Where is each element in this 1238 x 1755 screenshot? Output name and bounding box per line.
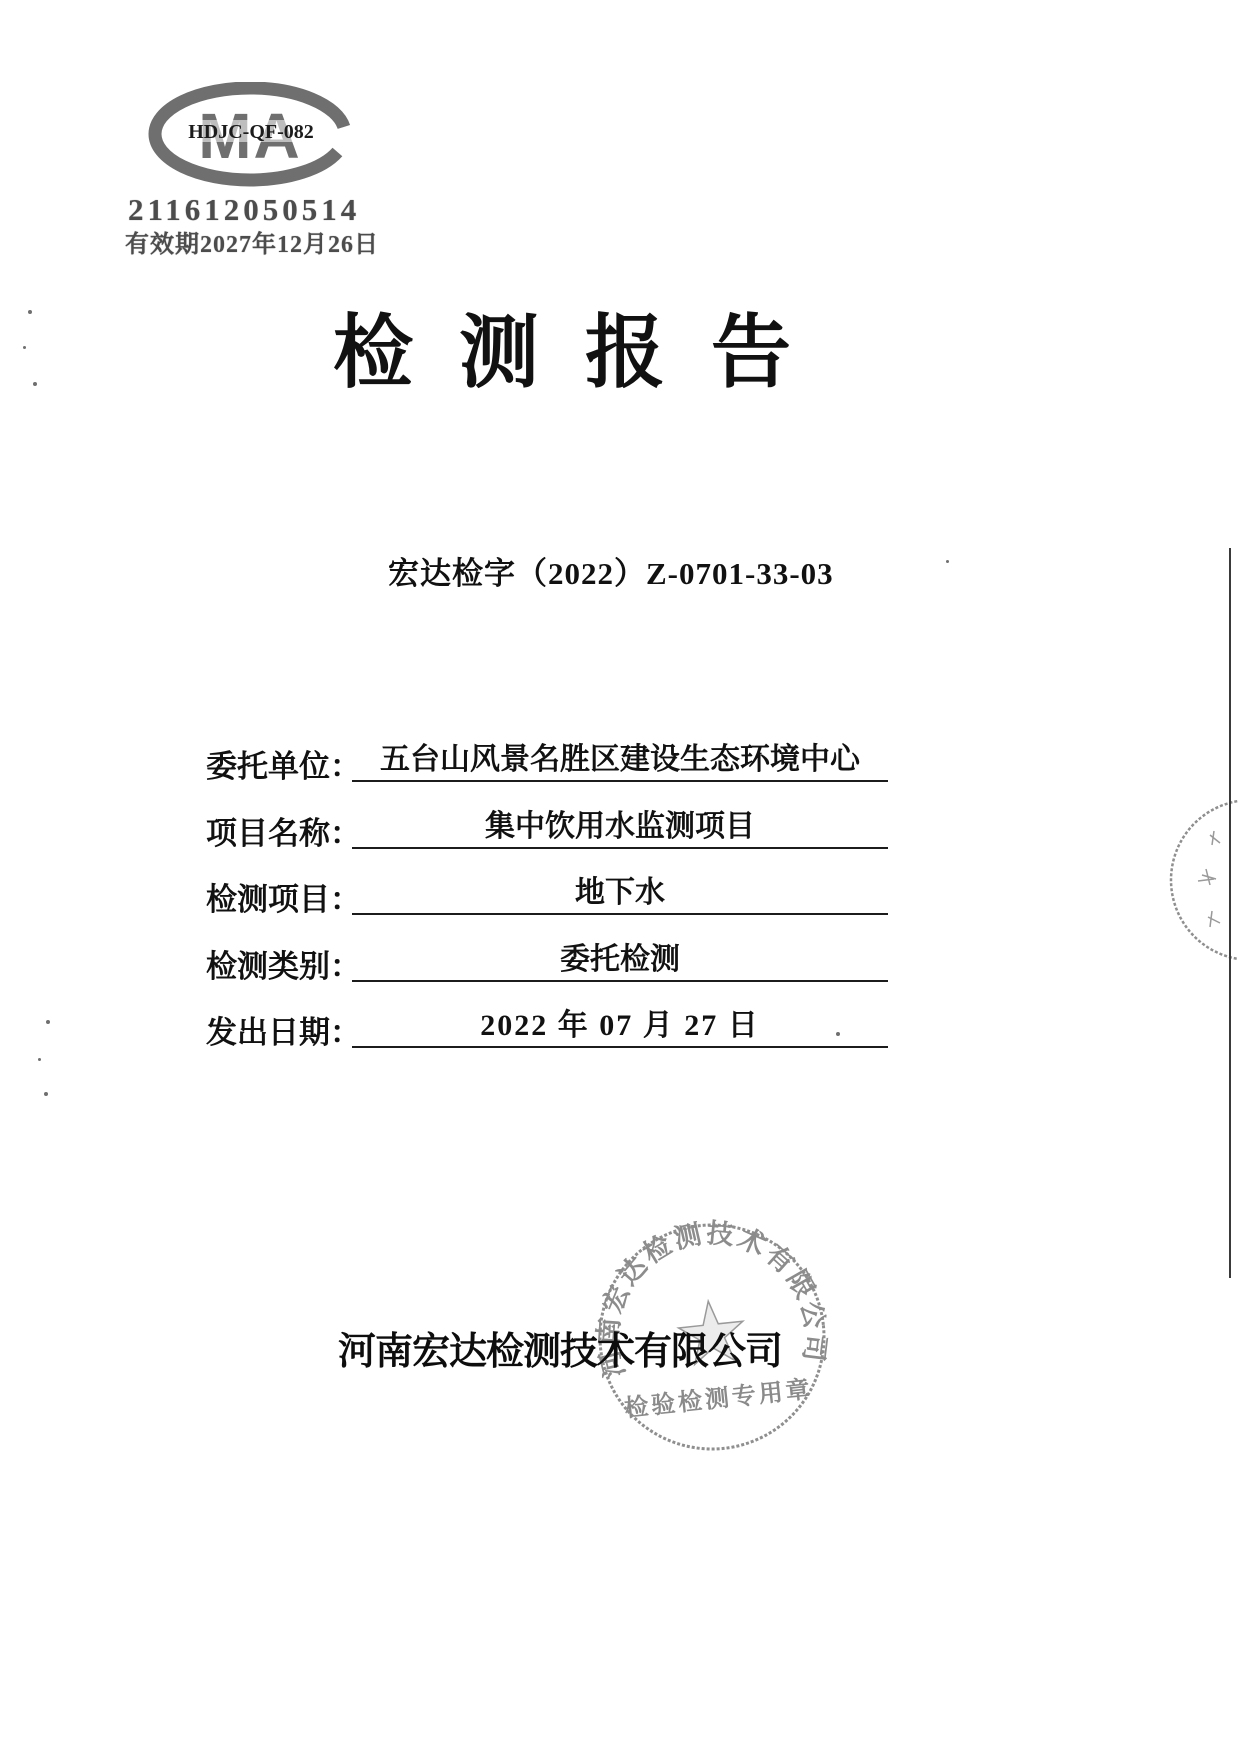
field-label-client: 委托单位： [206, 741, 356, 786]
field-label-issue-date: 发出日期： [206, 1007, 356, 1052]
field-label-project-name: 项目名称： [206, 808, 356, 853]
scan-noise-dot [44, 1092, 48, 1096]
field-value-test-category: 委托检测 [560, 943, 680, 976]
certificate-number: 211612050514 [128, 192, 378, 228]
cma-overlay-code: HDJC-QF-082 [188, 121, 314, 143]
field-value-project-name: 集中饮用水监测项目 [485, 810, 755, 843]
field-line-test-category: 委托检测 [352, 940, 888, 982]
field-line-project-name: 集中饮用水监测项目 [352, 807, 888, 849]
scan-noise-dot [23, 346, 26, 349]
scan-noise-dot [38, 1058, 41, 1061]
field-value-client: 五台山风景名胜区建设生态环境中心 [380, 743, 860, 776]
field-value-issue-date: 2022 年 07 月 27 日 [480, 1009, 760, 1042]
scan-noise-dot [836, 1032, 840, 1036]
field-value-test-item: 地下水 [575, 876, 665, 909]
field-line-client: 五台山风景名胜区建设生态环境中心 [352, 740, 888, 782]
scan-edge-line [1229, 548, 1231, 1278]
scan-noise-dot [33, 382, 37, 386]
field-label-test-item: 检测项目： [206, 874, 356, 919]
seal-bottom-text: 检验检测专用章 [623, 1375, 814, 1423]
report-number: 宏达检字（2022）Z-0701-33-03 [388, 548, 834, 593]
scan-noise-dot [946, 560, 949, 563]
cma-logo-icon: MA HDJC-QF-082 [148, 82, 352, 190]
scan-noise-dot [46, 1020, 50, 1024]
company-name: 河南宏达检测技术有限公司 [338, 1320, 782, 1375]
field-line-issue-date: 2022 年 07 月 27 日 [352, 1006, 888, 1048]
field-line-test-item: 地下水 [352, 873, 888, 915]
field-label-test-category: 检测类别： [206, 941, 356, 986]
cma-certification-stamp: MA HDJC-QF-082 211612050514 有效期2027年12月2… [100, 80, 400, 260]
page-title: 检测报告 [333, 288, 837, 403]
certificate-validity: 有效期2027年12月26日 [125, 224, 385, 259]
report-cover-page: MA HDJC-QF-082 211612050514 有效期2027年12月2… [0, 0, 1238, 1755]
scan-noise-dot [28, 310, 32, 314]
partial-seal-icon [1158, 797, 1238, 963]
